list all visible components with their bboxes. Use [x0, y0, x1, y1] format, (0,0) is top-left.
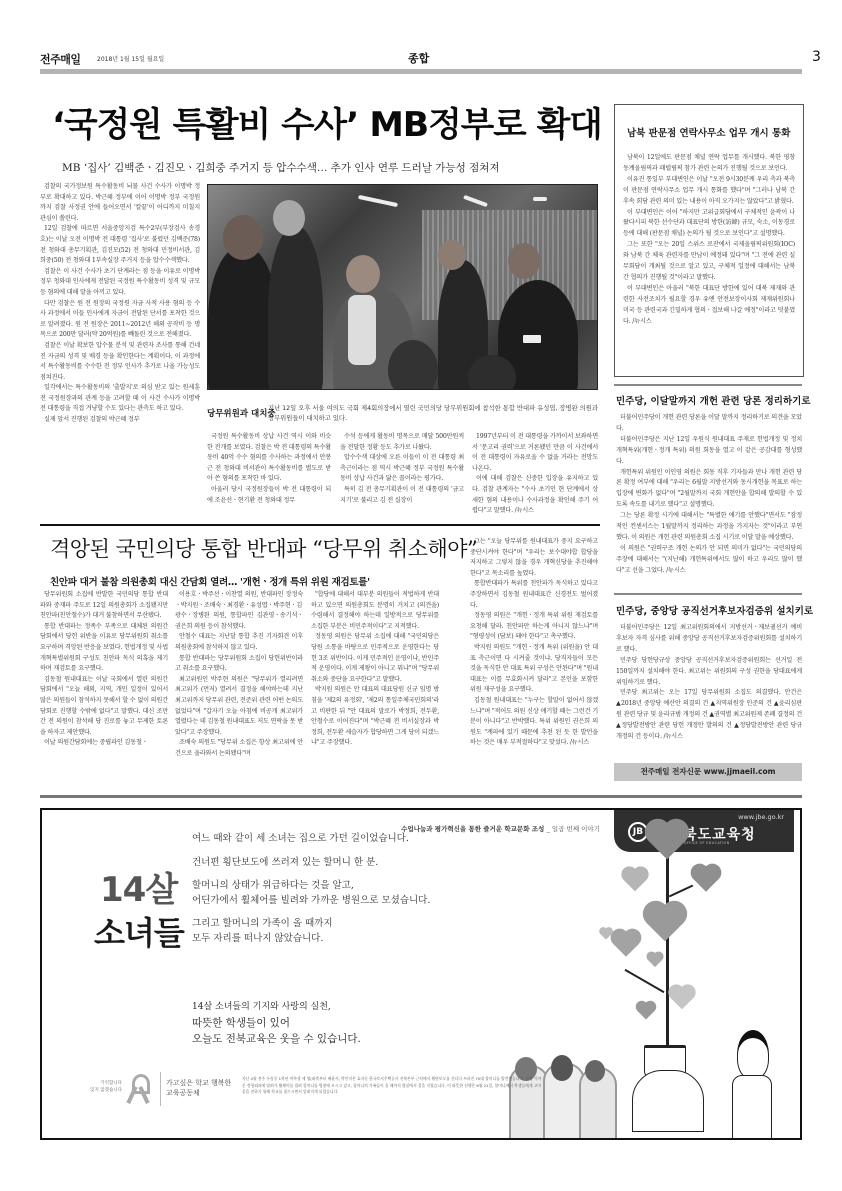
heart-icon	[648, 953, 662, 967]
ribbon-caption: 기억합니다 잊지 않겠습니다	[72, 1080, 122, 1094]
heart-tree-illustration	[602, 830, 742, 1130]
sidebar-box: 남북 판문점 연락사무소 업무 개시 통화 남북이 12일에도 판문점 채널 연…	[614, 104, 804, 377]
paragraph: 검찰은 이 사건 수사가 초기 단계라는 점 등을 이유로 이명박 정부 청와대…	[40, 267, 200, 299]
paragraph: 이용호ㆍ박주선ㆍ이찬열 의원, 반대파인 장정숙ㆍ박지원ㆍ조배숙ㆍ최경환ㆍ유성엽…	[175, 590, 303, 632]
paragraph: 더불어민주당은 지난 12일 우원식 원내대표 주재로 헌법개정 및 정치개혁특…	[616, 435, 802, 468]
ad-footer: 기억합니다 잊지 않겠습니다 가고싶은 학교 행복한 교육공동체 지난 4월 전…	[42, 1072, 562, 1112]
paragraph: 1997년부터 이 전 대통령을 가까이서 보좌하면서 '문고리 권력'으로 거…	[472, 432, 598, 474]
paragraph: 더불어민주당이 개헌 관련 당론을 이달 말까지 정리하기로 의견을 모았다.	[616, 413, 802, 435]
article-divider	[40, 524, 600, 526]
sidebar-article-body: 더불어민주당은 12일 최고위원회의에서 지방선거ㆍ재보궐선거 예비후보자 자격…	[616, 623, 802, 753]
page-divider	[40, 795, 802, 798]
paragraph: 아울러 당시 국정원장들이 박 전 대통령이 되에 조윤선ㆍ현기환 전 청와대 …	[207, 485, 331, 506]
heart-icon	[649, 823, 686, 860]
advertisement[interactable]: 수업나눔과 평가혁신을 통한 즐거운 학교문화 조성 _ 일곱 번째 이야기 w…	[40, 808, 802, 1140]
paragraph: 검찰의 국가정보원 특수활동비 뇌물 사건 수사가 이명박 정부로 확대하고 있…	[40, 182, 200, 224]
paragraph: 당무위원회 소집에 반발한 국민의당 통합 반대파와 중재파 주도로 12일 의…	[40, 590, 168, 622]
paragraph: 이 부대변인은 아울러 "북한 대표단 방한에 있어 대북 제재와 관련한 사전…	[623, 284, 795, 328]
girl-head	[737, 1030, 769, 1079]
paragraph: 민주당 최고위는 오는 17일 당무위원회 소집도 의결했다. 안건은 ▲201…	[616, 688, 802, 743]
paragraph: 최고위원인 박주현 의원은 "당무위가 열리려면 최고위가 (먼저) 열려서 결…	[175, 675, 303, 739]
photo-figure-shirt	[348, 295, 376, 365]
heart-icon	[647, 905, 684, 942]
paragraph: 정동영 의원은 당무위 소집에 대해 "국민의당은 당원 소통을 바탕으로 민주…	[311, 632, 439, 685]
ad-story-line: 할머니의 상태가 위급하다는 것을 알고, 어딘가에서 휠체어를 빌려와 가까운…	[192, 879, 430, 908]
sidebar-article-title: 민주당, 중앙당 공직선거후보자검증위 설치키로	[616, 603, 813, 617]
photo-ceiling-light	[358, 195, 398, 207]
issue-date: 2018년 1월 15일 월요일	[97, 54, 164, 63]
sidebar-article-title: 민주당, 이달말까지 개헌 관련 당론 정리하기로	[616, 393, 811, 407]
main-headline: ‘국정원 특활비 수사’ MB정부로 확대	[52, 97, 602, 146]
paragraph: 이 의원은 "권력구조 개헌 논의가 안 되면 의미가 없다"는 국민의당의 주…	[616, 544, 802, 577]
sidebar-article-title: 남북 판문점 연락사무소 업무 개시 통화	[627, 125, 790, 139]
paragraph: 박지원 의원은 안 대표의 대표당원 신규 임명 방침을 '제2의 유정회', …	[311, 685, 439, 749]
second-subheadline: 친안파 대거 불참 의원총회 대신 간담회 열려… '개헌ㆍ정개 특위 위원 재…	[50, 574, 370, 588]
photo-figure-head	[223, 215, 263, 260]
hands-drawing	[632, 1070, 704, 1132]
paragraph: 그는 또한 "오는 20일 스위스 로잔에서 국제올림픽위원회(IOC)와 남북…	[623, 240, 795, 284]
student-head	[585, 1060, 605, 1082]
paragraph: 이 부대변인은 이어 "하지만 고위급회담에서 구체적인 윤곽이 나왔다시피 북…	[623, 208, 795, 241]
photo-figure	[268, 225, 323, 390]
heart-icon	[638, 1003, 655, 1020]
second-article-col1: 당무위원회 소집에 반발한 국민의당 통합 반대파와 중재파 주도로 12일 의…	[40, 590, 168, 790]
heart-icon	[671, 987, 694, 1010]
main-article-col1: 검찰의 국가정보원 특수활동비 뇌물 사건 수사가 이명박 정부로 확대하고 있…	[40, 182, 200, 527]
heart-icon	[693, 866, 718, 891]
paragraph: 박지원 의원도 "개헌ㆍ정개 특위 (위원을) 안 대표 측근이면 다 시켜줄 …	[470, 643, 598, 696]
paragraph: 민주당 당헌당규상 중앙당 공직선거후보자검증위원회는 선거일 전 150일까지…	[616, 656, 802, 689]
paragraph: 더불어민주당은 12일 최고위원회의에서 지방선거ㆍ재보궐선거 예비후보자 자격…	[616, 623, 802, 656]
footer-divider	[160, 1072, 161, 1106]
photo-ceiling-light	[463, 195, 488, 207]
paragraph: 통합 반대파는 당무위원회 소집이 당헌위반이라고 취소를 요구했다.	[175, 654, 303, 675]
ad-title-line2: 소녀들	[94, 908, 184, 954]
paragraph: 이날 의원간담회에는 중립파인 김동철ㆍ	[40, 738, 168, 749]
second-article-col4: 그는 "오늘 당무위를 원내대표가 중지 요구하고 중단시켜야 한다"며 "우리…	[470, 537, 598, 790]
ad-url[interactable]: www.jbe.go.kr	[738, 813, 784, 821]
paragraph: "합당에 대해서 대부분 의원들이 적법하게 반대하고 있으면 의원총회도 분명…	[311, 590, 439, 632]
page-number: 3	[812, 49, 821, 65]
ad-story-line: 그리고 할머니의 가족이 올 때까지 모두 자리를 떠나지 않았습니다.	[192, 917, 430, 946]
main-subheadline: MB ‘집사’ 김백준ㆍ김진모ㆍ김희중 주거지 등 압수수색… 추가 인사 연루…	[62, 160, 500, 175]
paragraph: 다만 검찰은 원 전 원장의 국정원 자금 사적 사용 혐의 등 수사 과정에서…	[40, 299, 200, 341]
second-headline: 격앙된 국민의당 통합 반대파 “당무위 취소해야”	[50, 533, 477, 563]
ad-story-line: 여느 때와 같이 세 소녀는 집으로 가던 길이었습니다.	[192, 832, 430, 847]
header-bar	[40, 69, 802, 74]
second-article-col3: "합당에 대해서 대부분 의원들이 적법하게 반대하고 있으면 의원총회도 분명…	[311, 590, 439, 790]
ad-story-line: 건너편 횡단보도에 쓰러져 있는 할머니 한 분.	[192, 856, 430, 871]
ad-footnote: 지난 4월 전주 우림중 1학년 여학생 세 명(좌측부터 배윤서, 박안지은 …	[242, 1076, 542, 1096]
tree-branch	[625, 969, 665, 993]
paragraph: 압수수색 대상에 오른 이들이 이 전 대통령 최측근이라는 점 역시 박근혜 …	[340, 453, 464, 485]
ribbon-icon	[128, 1074, 150, 1104]
paragraph: 남북이 12일에도 판문점 채널 연락 업무를 개시했다. 북한 평창 동계올림…	[623, 153, 795, 175]
paragraph: 12일 검찰에 따르면 서울중앙지검 특수2부(부장검사 송경호)는 이날 오전…	[40, 224, 200, 266]
paragraph: 통합 반대파는 정족수 부족으로 대체된 의원간담회에서 당헌 위반을 이유로 …	[40, 622, 168, 675]
ad-closing-line: 따뜻한 학생들이 있어	[192, 1015, 361, 1031]
section-title: 종합	[408, 50, 429, 66]
tree-branch	[669, 885, 693, 898]
main-article-col2: 국정원 특수활동비 상납 사건 역시 이와 비슷한 전개를 보였다. 검찰은 박…	[207, 432, 331, 522]
news-photo	[207, 184, 598, 390]
paragraph: 정동영 의원은 "개헌ㆍ정개 특위 위원 재검토를 요청해 달라. 친안파만 하…	[470, 611, 598, 643]
ad-closing: 14살 소녀들의 기지와 사랑의 실천, 따뜻한 학생들이 있어 오늘도 전북교…	[192, 1000, 361, 1047]
main-article-col4: 1997년부터 이 전 대통령을 가까이서 보좌하면서 '문고리 권력'으로 거…	[472, 432, 598, 522]
paragraph: 국정원 특수활동비 상납 사건 역시 이와 비슷한 전개를 보였다. 검찰은 박…	[207, 432, 331, 485]
paragraph: 조배숙 의원도 "당무위 소집은 항상 최고위에 안건으로 올라와서 논의됐다"…	[175, 738, 303, 759]
ad-title-line1: 14살	[100, 862, 177, 911]
photo-ceiling-light	[533, 197, 547, 201]
main-article-col3: 수석 등에게 활동비 명목으로 매달 500만원씩을 전달한 정황 등도 추가로…	[340, 432, 464, 522]
paragraph: 이유진 통일부 부대변인은 이날 "오전 9시30분께 우리 측과 북측이 판문…	[623, 175, 795, 208]
photo-figure-head	[508, 243, 540, 279]
photo-figure-head	[388, 340, 438, 390]
ad-closing-line: 14살 소녀들의 기지와 사랑의 실천,	[192, 1000, 361, 1015]
paragraph: 그는 당론 확정 시기에 대해서는 "특별한 얘기를 안했다"면서도 "잠정적인…	[616, 511, 802, 544]
paragraph: 실제 앞서 진행된 검찰의 박근혜 정부	[40, 415, 200, 426]
e-paper-banner[interactable]: 전주매일 전자신문 www.jjmaeil.com	[614, 763, 802, 781]
heart-icon	[624, 869, 647, 892]
paragraph: 안철수 대표는 지난달 통합 추진 기자회견 이후 의원총회에 참석하지 않고 …	[175, 632, 303, 653]
photo-figure-head	[438, 240, 466, 270]
photo-figure-head	[346, 255, 380, 293]
sidebar-article-body: 더불어민주당이 개헌 관련 당론을 이달 말까지 정리하기로 의견을 모았다. …	[616, 413, 802, 583]
sidebar-divider	[614, 593, 802, 595]
paragraph: 특히 김 전 총무기획관이 이 전 대통령의 '금고지기'로 불리고 김 전 실…	[340, 485, 464, 506]
second-article-col2: 이용호ㆍ박주선ㆍ이찬열 의원, 반대파인 장정숙ㆍ박지원ㆍ조배숙ㆍ최경환ㆍ유성엽…	[175, 590, 303, 790]
ad-slogan: 가고싶은 학교 행복한 교육공동체	[166, 1078, 236, 1098]
ad-story: 여느 때와 같이 세 소녀는 집으로 가던 길이었습니다. 건너편 횡단보도에 …	[192, 832, 430, 955]
paragraph: 통합반대파가 특위를 친안파가 독식하고 있다고 주장하면서 김동철 원내대표간…	[470, 579, 598, 611]
paragraph: 개헌특위 위원인 이인영 의원은 회동 직후 기자들과 만나 개헌 관련 당론 …	[616, 468, 802, 512]
paragraph: 그는 "오늘 당무위를 원내대표가 중지 요구하고 중단시켜야 한다"며 "우리…	[470, 537, 598, 579]
photo-caption: 지난 12일 오후 서울 여의도 국회 제4회의장에서 열린 국민의당 당무위원…	[268, 404, 598, 424]
paper-name: 전주매일	[40, 51, 81, 67]
paragraph: 검찰은 이날 확보한 압수물 분석 및 관련자 조사를 통해 건네진 자금의 성…	[40, 341, 200, 383]
ad-closing-line: 오늘도 전북교육은 웃을 수 있습니다.	[192, 1031, 361, 1047]
photo-name-badge	[523, 335, 541, 343]
photo-figure-head	[273, 200, 305, 236]
paragraph: 이에 대해 검찰은 신중한 입장을 유지하고 있다. 검찰 관계자는 "수사 초…	[472, 474, 598, 516]
paragraph: 일각에서는 특수활동비의 '출발지'로 의심 받고 있는 원세훈 전 국정원장과…	[40, 383, 200, 415]
girl-body	[732, 1075, 772, 1140]
tree-trunk	[666, 840, 669, 1070]
sidebar-divider	[614, 384, 802, 386]
paragraph: 김동철 원내대표는 "누구는 할말이 없어서 않겠느냐"며 "적어도 의원 신상…	[470, 696, 598, 749]
heart-icon	[613, 931, 638, 956]
ad-tagline: 수업나눔과 평가혁신을 통한 즐거운 학교문화 조성 _ 일곱 번째 이야기	[401, 824, 600, 833]
photo-caption-title: 당무위원과 대치중	[207, 407, 276, 419]
paragraph: 수석 등에게 활동비 명목으로 매달 500만원씩을 전달한 정황 등도 추가로…	[340, 432, 464, 453]
sidebar-article-body: 남북이 12일에도 판문점 채널 연락 업무를 개시했다. 북한 평창 동계올림…	[623, 153, 795, 328]
paragraph: 김동철 원내대표는 이날 국회에서 열린 의원간담회에서 "오늘 해외, 지역,…	[40, 675, 168, 739]
girl-drawing	[732, 1030, 772, 1140]
ad-tagline-suffix: _ 일곱 번째 이야기	[547, 825, 600, 833]
